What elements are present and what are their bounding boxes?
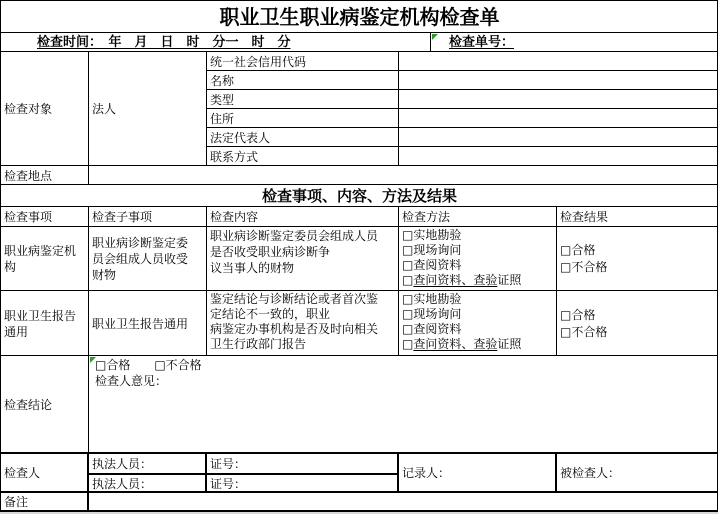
- field-label-type: 类型: [207, 90, 399, 109]
- field-label-address: 住所: [207, 109, 399, 128]
- cell-error-triangle-icon: [432, 34, 438, 40]
- section-title: 检查事项、内容、方法及结果: [1, 185, 717, 207]
- col-header-result: 检查结果: [557, 207, 717, 227]
- conclusion-options[interactable]: □合格 □不合格: [95, 357, 715, 373]
- form-title: 职业卫生职业病鉴定机构检查单: [1, 1, 717, 33]
- subject-label-cell: 检查对象: [1, 52, 89, 166]
- checkbox-glyph: □: [402, 273, 413, 287]
- col-header-sub-item: 检查子事项: [89, 207, 207, 227]
- inspection-form-table: 职业卫生职业病鉴定机构检查单 检查时间： 年 月 日 时 分一 时 分 检查单号…: [0, 0, 718, 512]
- page: { "colors": { "border": "#000000", "cell…: [0, 0, 718, 514]
- method-option-underlined-text: 查问资料、查验: [413, 273, 497, 287]
- checkbox-glyph: □: [402, 337, 413, 351]
- notes-value-cell[interactable]: [89, 493, 717, 510]
- row1-item-cell: 职业病鉴定机 构: [1, 227, 89, 291]
- cert-no1-cell[interactable]: 证号：: [207, 454, 399, 475]
- col-header-item: 检查事项: [1, 207, 89, 227]
- row2-content-cell: 鉴定结论与诊断结论或者首次鉴 定结论不一致的，职业 病鉴定办事机构是否及时向相关…: [207, 291, 399, 356]
- recorder-cell[interactable]: 记录人：: [399, 454, 557, 493]
- method-option-text: 证照: [497, 273, 521, 287]
- row2-item-cell: 职业卫生报告 通用: [1, 291, 89, 356]
- row2-result-cell: □合格 □不合格: [557, 291, 717, 356]
- field-label-contact: 联系方式: [207, 147, 399, 166]
- location-value-cell[interactable]: [89, 166, 717, 185]
- row2-method-cell: □实地勘验 □现场询问 □查阅资料 □查问资料、查验证照: [399, 291, 557, 356]
- field-label-legal-rep: 法定代表人: [207, 128, 399, 147]
- inspected-person-cell[interactable]: 被检查人：: [557, 454, 717, 493]
- method-option-underlined-text: 查问资料、查验: [413, 337, 497, 351]
- conclusion-label-cell: 检查结论: [1, 356, 89, 454]
- method-option-check-licenses[interactable]: □查问资料、查验证照: [402, 273, 554, 288]
- field-value-name[interactable]: [399, 71, 717, 90]
- inspection-no-cell[interactable]: 检查单号：: [431, 33, 717, 52]
- field-value-legal-rep[interactable]: [399, 128, 717, 147]
- cell-error-triangle-icon: [90, 357, 96, 363]
- method-option-review-docs[interactable]: □查阅资料: [402, 258, 554, 273]
- officer1-cell[interactable]: 执法人员：: [89, 454, 207, 475]
- inspection-time-cell[interactable]: 检查时间： 年 月 日 时 分一 时 分: [1, 33, 431, 52]
- row2-sub-item-cell: 职业卫生报告通用: [89, 291, 207, 356]
- cert-no2-cell[interactable]: 证号：: [207, 475, 399, 493]
- method-option-site-survey[interactable]: □实地勘验: [402, 292, 554, 307]
- officer2-cell[interactable]: 执法人员：: [89, 475, 207, 493]
- method-option-site-survey[interactable]: □实地勘验: [402, 228, 554, 243]
- col-header-content: 检查内容: [207, 207, 399, 227]
- row1-sub-item-cell: 职业病诊断鉴定委 员会组成人员收受 财物: [89, 227, 207, 291]
- row1-result-cell: □合格 □不合格: [557, 227, 717, 291]
- field-label-credit-code: 统一社会信用代码: [207, 52, 399, 71]
- result-option-fail[interactable]: □不合格: [560, 324, 715, 341]
- result-option-pass[interactable]: □合格: [560, 307, 715, 324]
- field-value-address[interactable]: [399, 109, 717, 128]
- field-value-credit-code[interactable]: [399, 52, 717, 71]
- result-option-fail[interactable]: □不合格: [560, 259, 715, 276]
- method-option-site-inquiry[interactable]: □现场询问: [402, 243, 554, 258]
- method-option-site-inquiry[interactable]: □现场询问: [402, 307, 554, 322]
- method-option-check-licenses[interactable]: □查问资料、查验证照: [402, 337, 554, 352]
- inspector-label-cell: 检查人: [1, 454, 89, 493]
- legal-person-cell: 法人: [89, 52, 207, 166]
- row1-content-cell: 职业病诊断鉴定委员会组成人员 是否收受职业病诊断争 议当事人的财物: [207, 227, 399, 291]
- inspection-no-label: 检查单号：: [449, 35, 514, 51]
- col-header-method: 检查方法: [399, 207, 557, 227]
- field-label-name: 名称: [207, 71, 399, 90]
- inspector-opinion-label: 检查人意见：: [95, 373, 715, 389]
- result-option-pass[interactable]: □合格: [560, 242, 715, 259]
- field-value-type[interactable]: [399, 90, 717, 109]
- method-option-text: 证照: [497, 337, 521, 351]
- conclusion-content-cell[interactable]: □合格 □不合格 检查人意见：: [89, 356, 717, 454]
- location-label-cell: 检查地点: [1, 166, 89, 185]
- row1-method-cell: □实地勘验 □现场询问 □查阅资料 □查问资料、查验证照: [399, 227, 557, 291]
- method-option-review-docs[interactable]: □查阅资料: [402, 322, 554, 337]
- field-value-contact[interactable]: [399, 147, 717, 166]
- notes-label-cell: 备注: [1, 493, 89, 510]
